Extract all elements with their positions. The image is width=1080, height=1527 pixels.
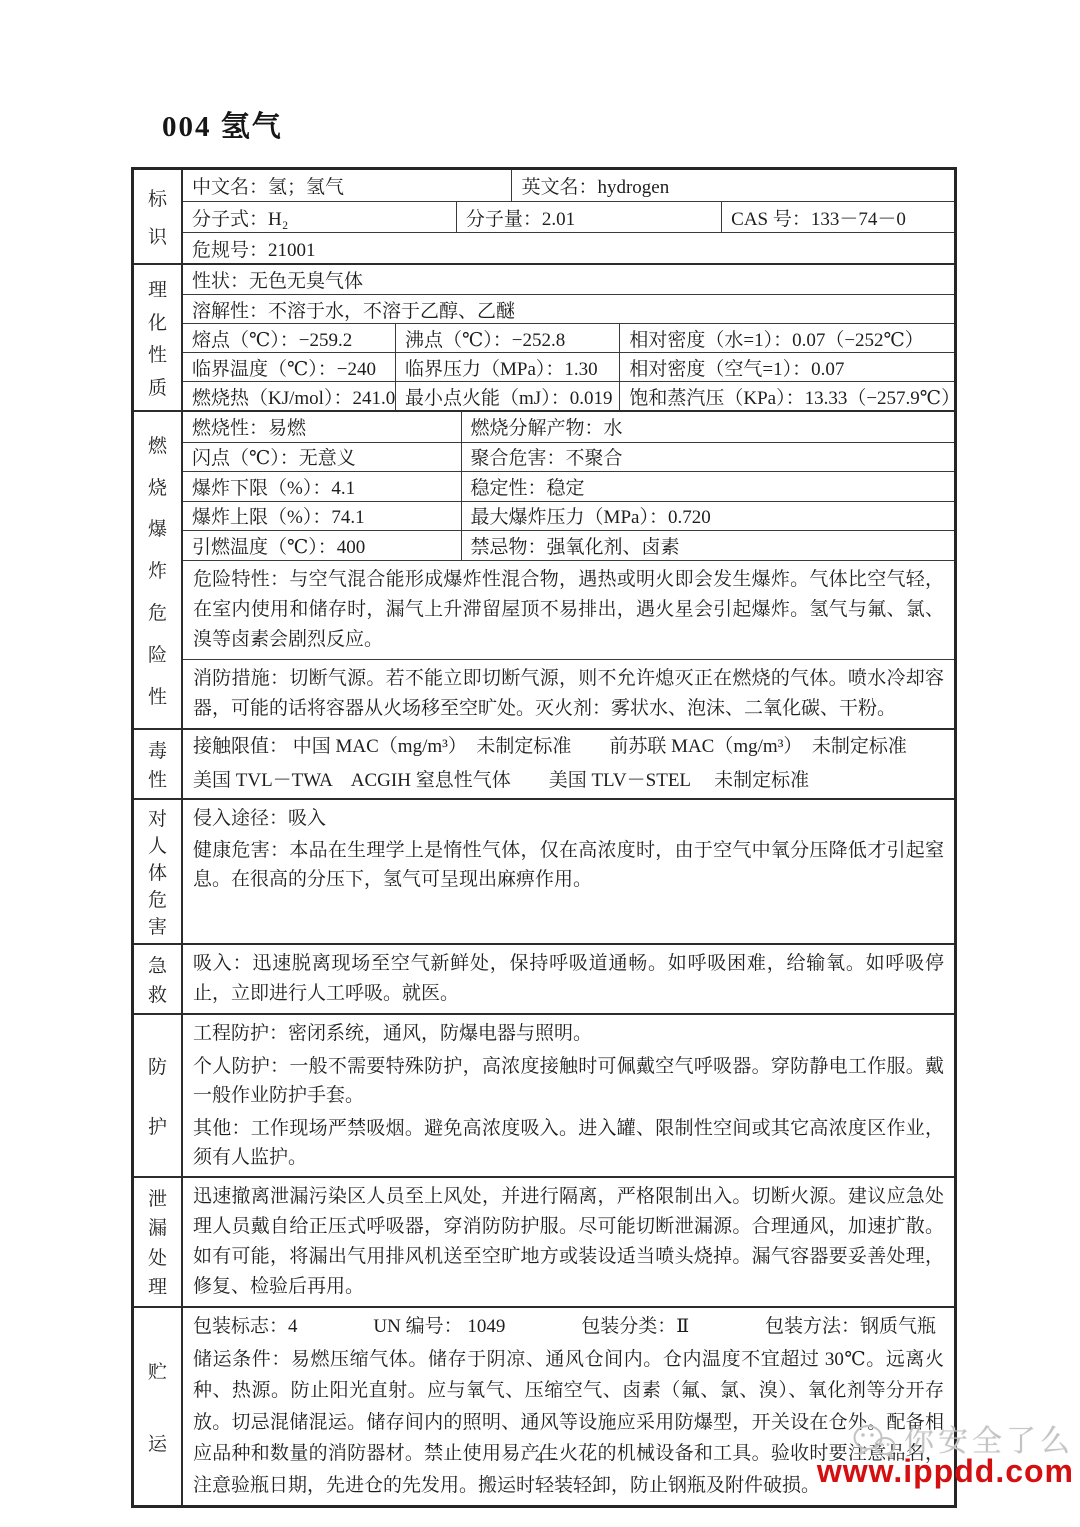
field-firefighting-measures: 消防措施：切断气源。若不能立即切断气源，则不允许熄灭正在燃烧的气体。喷水冷却容器… bbox=[183, 660, 954, 728]
field-packaging-class: 包装分类：Ⅱ bbox=[581, 1312, 689, 1342]
field-flash-point: 闪点（℃）：无意义 bbox=[183, 443, 461, 472]
field-ignition-temperature: 引燃温度（℃）：400 bbox=[183, 531, 461, 560]
field-exposure-route: 侵入途径：吸入 bbox=[183, 800, 954, 834]
storage-packaging-row: 包装标志：4 UN 编号： 1049 包装分类：Ⅱ 包装方法：钢质气瓶 bbox=[183, 1308, 954, 1342]
table-row: 危险特性：与空气混合能形成爆炸性混合物，遇热或明火即会发生爆炸。气体比空气轻，在… bbox=[183, 560, 954, 659]
field-stability: 稳定性：稳定 bbox=[461, 472, 954, 501]
table-row: 中文名：氢；氢气 英文名：hydrogen bbox=[183, 170, 954, 201]
field-molecular-formula: 分子式：H₂ bbox=[183, 202, 456, 232]
field-engineering-protection: 工程防护：密闭系统，通风，防爆电器与照明。 bbox=[183, 1017, 954, 1050]
field-un-number: UN 编号： 1049 bbox=[373, 1312, 505, 1342]
section-health-hazard: 对人体危害 侵入途径：吸入 健康危害：本品在生理学上是惰性气体，仅在高浓度时，由… bbox=[134, 798, 954, 943]
field-danger-code: 危规号：21001 bbox=[183, 233, 954, 263]
field-max-explosion-pressure: 最大爆炸压力（MPa）：0.720 bbox=[461, 502, 954, 531]
section-protection: 防护 工程防护：密闭系统，通风，防爆电器与照明。 个人防护：一般不需要特殊防护，… bbox=[134, 1013, 954, 1176]
section-label-leak-handling: 泄漏处理 bbox=[134, 1178, 183, 1306]
section-label-physicochemical: 理化性质 bbox=[134, 265, 183, 410]
field-melting-point: 熔点（℃）：−259.2 bbox=[183, 324, 395, 352]
field-incompatibilities: 禁忌物：强氧化剂、卤素 bbox=[461, 531, 954, 560]
table-row: 吸入：迅速脱离现场至空气新鲜处，保持呼吸道通畅。如呼吸困难，给输氧。如呼吸停止，… bbox=[183, 945, 954, 1013]
table-row: 熔点（℃）：−259.2 沸点（℃）：−252.8 相对密度（水=1）：0.07… bbox=[183, 323, 954, 352]
field-polymerization-hazard: 聚合危害：不聚合 bbox=[461, 443, 954, 472]
table-row: 临界温度（℃）：−240 临界压力（MPa）：1.30 相对密度（空气=1）：0… bbox=[183, 352, 954, 381]
table-row: 迅速撤离泄漏污染区人员至上风处，并进行隔离，严格限制出入。切断火源。建议应急处理… bbox=[183, 1178, 954, 1306]
watermark: 你安全了么 www.ippdd.com bbox=[817, 1424, 1074, 1489]
field-explosion-upper-limit: 爆炸上限（%）：74.1 bbox=[183, 502, 461, 531]
field-packaging-mark: 包装标志：4 bbox=[193, 1312, 298, 1342]
section-label-toxicity: 毒性 bbox=[134, 730, 183, 798]
table-row: 引燃温度（℃）：400 禁忌物：强氧化剂、卤素 bbox=[183, 530, 954, 560]
field-packaging-method: 包装方法：钢质气瓶 bbox=[765, 1312, 936, 1342]
table-row: 燃烧热（KJ/mol）：241.0 最小点火能（mJ）：0.019 饱和蒸汽压（… bbox=[183, 381, 954, 410]
field-appearance: 性状：无色无臭气体 bbox=[183, 265, 954, 294]
field-first-aid-inhalation: 吸入：迅速脱离现场至空气新鲜处，保持呼吸道通畅。如呼吸困难，给输氧。如呼吸停止，… bbox=[183, 945, 954, 1013]
field-saturated-vapor-pressure: 饱和蒸汽压（KPa）：13.33（−257.9℃） bbox=[619, 382, 954, 410]
table-row: 分子式：H₂ 分子量：2.01 CAS 号：133－74－0 bbox=[183, 201, 954, 232]
field-boiling-point: 沸点（℃）：−252.8 bbox=[395, 324, 619, 352]
section-leak-handling: 泄漏处理 迅速撤离泄漏污染区人员至上风处，并进行隔离，严格限制出入。切断火源。建… bbox=[134, 1176, 954, 1306]
msds-table: 标识 中文名：氢；氢气 英文名：hydrogen 分子式：H₂ 分子量：2.01… bbox=[131, 167, 957, 1508]
table-row: 爆炸下限（%）：4.1 稳定性：稳定 bbox=[183, 471, 954, 501]
field-other-protection: 其他：工作现场严禁吸烟。避免高浓度吸入。进入罐、限制性空间或其它高浓度区作业，须… bbox=[183, 1112, 954, 1174]
table-row: 性状：无色无臭气体 bbox=[183, 265, 954, 294]
field-flammability: 燃烧性：易燃 bbox=[183, 412, 461, 442]
table-row: 闪点（℃）：无意义 聚合危害：不聚合 bbox=[183, 442, 954, 472]
page-title: 004 氢气 bbox=[162, 104, 283, 145]
field-critical-temperature: 临界温度（℃）：−240 bbox=[183, 353, 395, 381]
section-label-health-hazard: 对人体危害 bbox=[134, 800, 183, 943]
field-cas-number: CAS 号：133－74－0 bbox=[721, 202, 954, 232]
field-hazard-characteristics: 危险特性：与空气混合能形成爆炸性混合物，遇热或明火即会发生爆炸。气体比空气轻，在… bbox=[183, 561, 954, 659]
field-explosion-lower-limit: 爆炸下限（%）：4.1 bbox=[183, 472, 461, 501]
section-fire-explosion-hazard: 燃烧爆炸危险性 燃烧性：易燃 燃烧分解产物：水 闪点（℃）：无意义 聚合危害：不… bbox=[134, 410, 954, 728]
table-row: 消防措施：切断气源。若不能立即切断气源，则不允许熄灭正在燃烧的气体。喷水冷却容器… bbox=[183, 659, 954, 728]
table-row: 工程防护：密闭系统，通风，防爆电器与照明。 个人防护：一般不需要特殊防护，高浓度… bbox=[183, 1015, 954, 1176]
table-row: 危规号：21001 bbox=[183, 232, 954, 263]
field-solubility: 溶解性：不溶于水，不溶于乙醇、乙醚 bbox=[183, 295, 954, 323]
field-critical-pressure: 临界压力（MPa）：1.30 bbox=[395, 353, 619, 381]
field-exposure-limits-line2: 美国 TVL－TWA ACGIH 窒息性气体 美国 TLV－STEL 未制定标准 bbox=[183, 764, 954, 798]
table-row: 溶解性：不溶于水，不溶于乙醇、乙醚 bbox=[183, 294, 954, 323]
table-row: 接触限值： 中国 MAC（mg/m³） 未制定标准 前苏联 MAC（mg/m³）… bbox=[183, 730, 954, 798]
section-label-identification: 标识 bbox=[134, 170, 183, 263]
table-row: 燃烧性：易燃 燃烧分解产物：水 bbox=[183, 412, 954, 442]
section-label-storage-transport: 贮运 bbox=[134, 1308, 183, 1506]
table-row: 侵入途径：吸入 健康危害：本品在生理学上是惰性气体，仅在高浓度时，由于空气中氧分… bbox=[183, 800, 954, 898]
field-relative-density-water: 相对密度（水=1）：0.07（−252℃） bbox=[619, 324, 954, 352]
section-identification: 标识 中文名：氢；氢气 英文名：hydrogen 分子式：H₂ 分子量：2.01… bbox=[134, 170, 954, 263]
field-min-ignition-energy: 最小点火能（mJ）：0.019 bbox=[395, 382, 619, 410]
section-physicochemical: 理化性质 性状：无色无臭气体 溶解性：不溶于水，不溶于乙醇、乙醚 熔点（℃）：−… bbox=[134, 263, 954, 410]
section-label-fire-explosion: 燃烧爆炸危险性 bbox=[134, 412, 183, 728]
field-exposure-limits-line1: 接触限值： 中国 MAC（mg/m³） 未制定标准 前苏联 MAC（mg/m³）… bbox=[183, 730, 954, 764]
section-toxicity: 毒性 接触限值： 中国 MAC（mg/m³） 未制定标准 前苏联 MAC（mg/… bbox=[134, 728, 954, 798]
field-personal-protection: 个人防护：一般不需要特殊防护，高浓度接触时可佩戴空气呼吸器。穿防静电工作服。戴一… bbox=[183, 1050, 954, 1112]
field-combustion-products: 燃烧分解产物：水 bbox=[461, 412, 954, 442]
section-first-aid: 急救 吸入：迅速脱离现场至空气新鲜处，保持呼吸道通畅。如呼吸困难，给输氧。如呼吸… bbox=[134, 943, 954, 1013]
field-health-hazard: 健康危害：本品在生理学上是惰性气体，仅在高浓度时，由于空气中氧分压降低才引起窒息… bbox=[183, 834, 954, 898]
field-heat-of-combustion: 燃烧热（KJ/mol）：241.0 bbox=[183, 382, 395, 410]
section-label-first-aid: 急救 bbox=[134, 945, 183, 1013]
section-label-protection: 防护 bbox=[134, 1015, 183, 1176]
field-molecular-weight: 分子量：2.01 bbox=[456, 202, 721, 232]
field-chinese-name: 中文名：氢；氢气 bbox=[183, 170, 511, 201]
msds-page: 004 氢气 标识 中文名：氢；氢气 英文名：hydrogen 分子式：H₂ 分… bbox=[0, 0, 1080, 1527]
watermark-url: www.ippdd.com bbox=[817, 1454, 1074, 1489]
field-leak-handling: 迅速撤离泄漏污染区人员至上风处，并进行隔离，严格限制出入。切断火源。建议应急处理… bbox=[183, 1178, 954, 1306]
table-row: 爆炸上限（%）：74.1 最大爆炸压力（MPa）：0.720 bbox=[183, 501, 954, 531]
field-english-name: 英文名：hydrogen bbox=[511, 170, 954, 201]
field-relative-density-air: 相对密度（空气=1）：0.07 bbox=[619, 353, 954, 381]
